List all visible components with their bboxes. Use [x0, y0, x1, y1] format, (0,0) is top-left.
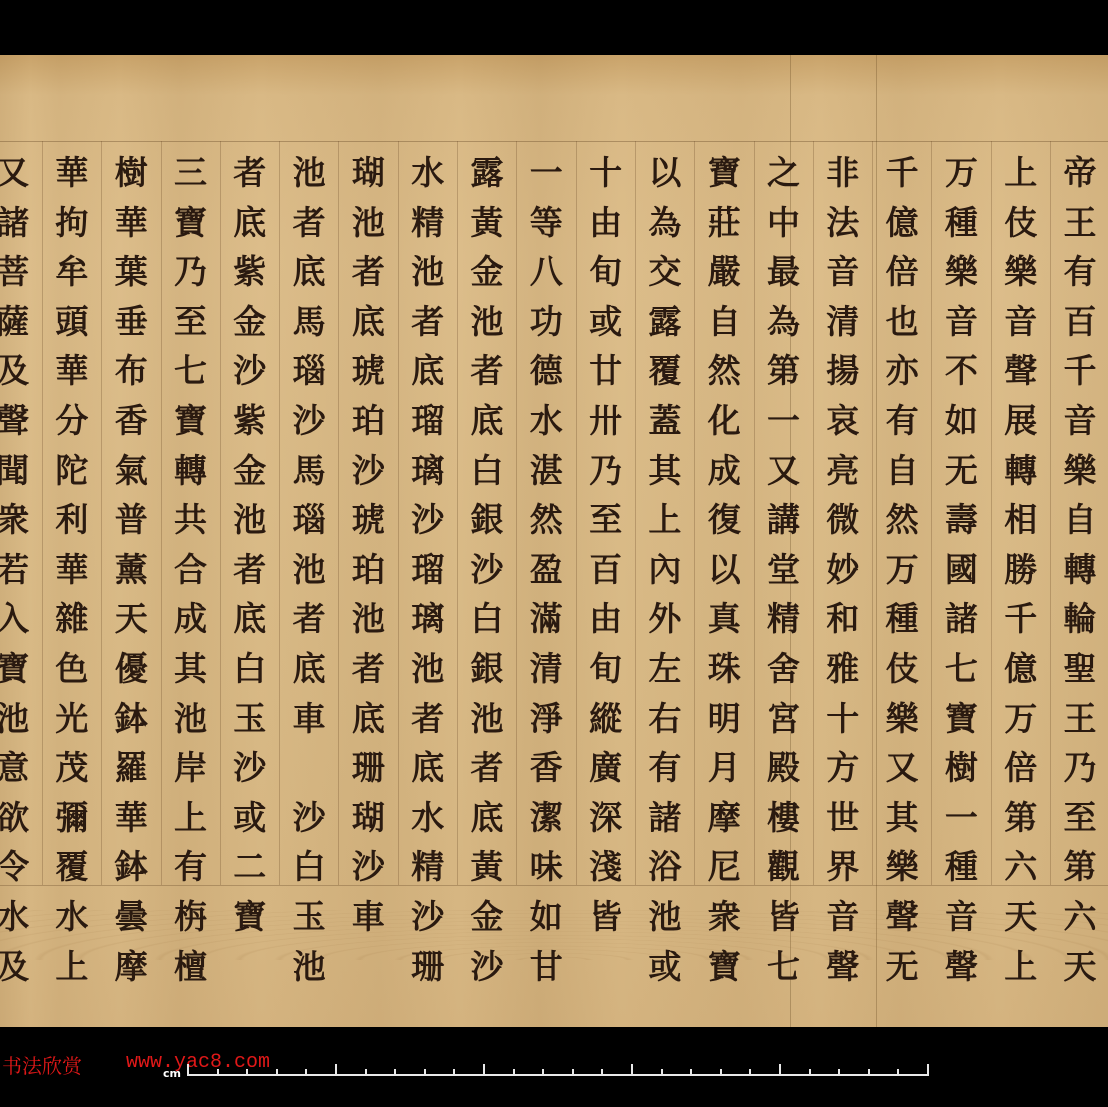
ruler-major-tick	[631, 1064, 633, 1076]
calligraphy-character: 精	[756, 594, 812, 644]
calligraphy-character: 銀	[459, 495, 515, 545]
calligraphy-character: 者	[459, 743, 515, 793]
calligraphy-character: 无	[874, 942, 930, 992]
ruler-minor-tick	[365, 1069, 367, 1076]
calligraphy-character: 七	[933, 644, 989, 694]
calligraphy-character: 池	[400, 644, 456, 694]
calligraphy-character: 非	[815, 148, 871, 198]
calligraphy-character: 或	[222, 793, 278, 843]
calligraphy-character: 曇	[103, 892, 159, 942]
calligraphy-character: 珠	[696, 644, 752, 694]
calligraphy-character: 有	[637, 743, 693, 793]
calligraphy-character: 香	[518, 743, 574, 793]
watermark-site-name: 书法欣赏	[2, 1050, 82, 1079]
ruler-minor-tick	[720, 1069, 722, 1076]
calligraphy-character: 者	[222, 545, 278, 595]
calligraphy-character: 又	[756, 446, 812, 496]
calligraphy-character: 第	[1052, 842, 1108, 892]
calligraphy-character: 有	[874, 396, 930, 446]
calligraphy-character: 化	[696, 396, 752, 446]
calligraphy-character: 講	[756, 495, 812, 545]
calligraphy-character: 底	[459, 793, 515, 843]
calligraphy-character: 者	[459, 346, 515, 396]
ruler-minor-tick	[897, 1069, 899, 1076]
calligraphy-character: 六	[1052, 892, 1108, 942]
calligraphy-character: 亮	[815, 446, 871, 496]
calligraphy-character: 璃	[400, 446, 456, 496]
calligraphy-character: 底	[281, 644, 337, 694]
column-rule-line	[457, 141, 458, 885]
calligraphy-character: 天	[1052, 942, 1108, 992]
calligraphy-character: 瑠	[400, 396, 456, 446]
calligraphy-character: 方	[815, 743, 871, 793]
calligraphy-character: 一	[756, 396, 812, 446]
calligraphy-character: 壽	[933, 495, 989, 545]
calligraphy-character: 之	[756, 148, 812, 198]
ruler-minor-tick	[572, 1069, 574, 1076]
calligraphy-character: 又	[874, 743, 930, 793]
calligraphy-character: 左	[637, 644, 693, 694]
calligraphy-character: 深	[578, 793, 634, 843]
calligraphy-character: 也	[874, 297, 930, 347]
calligraphy-character: 寶	[163, 396, 219, 446]
calligraphy-character: 一	[933, 793, 989, 843]
calligraphy-character: 百	[578, 545, 634, 595]
column-rule-line	[754, 141, 755, 885]
calligraphy-character: 乃	[578, 446, 634, 496]
calligraphy-character: 淨	[518, 694, 574, 744]
calligraphy-character: 衆	[696, 892, 752, 942]
calligraphy-character: 莊	[696, 198, 752, 248]
calligraphy-character: 寶	[163, 198, 219, 248]
column-rule-line	[42, 141, 43, 885]
column-rule-line	[338, 141, 339, 885]
calligraphy-character: 氣	[103, 446, 159, 496]
calligraphy-character: 白	[459, 594, 515, 644]
calligraphy-character: 中	[756, 198, 812, 248]
calligraphy-character: 千	[874, 148, 930, 198]
text-column: 水精池者底瑠璃沙瑠璃池者底水精沙珊	[400, 148, 456, 991]
calligraphy-character: 至	[163, 297, 219, 347]
calligraphy-character: 音	[815, 892, 871, 942]
calligraphy-character: 万	[874, 545, 930, 595]
calligraphy-character: 者	[340, 247, 396, 297]
calligraphy-character: 池	[400, 247, 456, 297]
calligraphy-character: 由	[578, 198, 634, 248]
calligraphy-character: 縱	[578, 694, 634, 744]
calligraphy-character: 池	[222, 495, 278, 545]
calligraphy-character: 觀	[756, 842, 812, 892]
text-column: 非法音清揚哀亮微妙和雅十方世界音聲	[815, 148, 871, 991]
calligraphy-character: 或	[578, 297, 634, 347]
column-rule-line	[220, 141, 221, 885]
calligraphy-character: 及	[0, 346, 41, 396]
calligraphy-character: 又	[0, 148, 41, 198]
text-column: 十由旬或廿卅乃至百由旬縱廣深淺皆	[578, 148, 634, 942]
calligraphy-character: 王	[1052, 694, 1108, 744]
calligraphy-character: 月	[696, 743, 752, 793]
calligraphy-character: 華	[103, 198, 159, 248]
calligraphy-character: 蓋	[637, 396, 693, 446]
calligraphy-character: 羅	[103, 743, 159, 793]
calligraphy-character: 一	[518, 148, 574, 198]
calligraphy-character: 琥	[340, 346, 396, 396]
calligraphy-character: 世	[815, 793, 871, 843]
text-column: 樹華葉垂布香氣普薰天優鉢羅華鉢曇摩	[103, 148, 159, 991]
calligraphy-character: 者	[340, 644, 396, 694]
calligraphy-character: 尼	[696, 842, 752, 892]
calligraphy-character: 如	[933, 396, 989, 446]
calligraphy-character: 摩	[103, 942, 159, 992]
calligraphy-character: 種	[874, 594, 930, 644]
ruler-minor-tick	[749, 1069, 751, 1076]
text-column: 千億倍也亦有自然万種伎樂又其樂聲无	[874, 148, 930, 991]
calligraphy-character: 寶	[696, 148, 752, 198]
calligraphy-character: 水	[518, 396, 574, 446]
calligraphy-character: 車	[340, 892, 396, 942]
text-column: 之中最為第一又講堂精舍宮殿樓觀皆七	[756, 148, 812, 991]
calligraphy-character: 馬	[281, 297, 337, 347]
calligraphy-character: 哀	[815, 396, 871, 446]
ruler-minor-tick	[394, 1069, 396, 1076]
calligraphy-character: 瑙	[281, 346, 337, 396]
calligraphy-character: 琥	[340, 495, 396, 545]
ruler-minor-tick	[542, 1069, 544, 1076]
calligraphy-character: 以	[637, 148, 693, 198]
calligraphy-character: 天	[993, 892, 1049, 942]
column-rule-line	[931, 141, 932, 885]
calligraphy-character: 薩	[0, 297, 41, 347]
calligraphy-character: 宮	[756, 694, 812, 744]
calligraphy-character: 頭	[44, 297, 100, 347]
calligraphy-character: 上	[993, 942, 1049, 992]
column-rule-line	[694, 141, 695, 885]
calligraphy-character: 相	[993, 495, 1049, 545]
calligraphy-character: 廣	[578, 743, 634, 793]
calligraphy-character: 露	[637, 297, 693, 347]
calligraphy-character: 樂	[933, 247, 989, 297]
calligraphy-character: 上	[993, 148, 1049, 198]
calligraphy-character: 雅	[815, 644, 871, 694]
calligraphy-character: 者	[281, 594, 337, 644]
calligraphy-character: 銀	[459, 644, 515, 694]
calligraphy-character: 聲	[993, 346, 1049, 396]
calligraphy-character: 帝	[1052, 148, 1108, 198]
column-rule-line	[635, 141, 636, 885]
text-column: 又諸菩薩及聲聞衆若入寶池意欲令水及	[0, 148, 41, 991]
calligraphy-character: 為	[756, 297, 812, 347]
calligraphy-character: 聲	[0, 396, 41, 446]
calligraphy-character: 底	[222, 594, 278, 644]
calligraphy-character: 功	[518, 297, 574, 347]
calligraphy-character: 第	[993, 793, 1049, 843]
calligraphy-character: 水	[44, 892, 100, 942]
text-column: 帝王有百千音樂自轉輪聖王乃至第六天	[1052, 148, 1108, 991]
calligraphy-character: 勝	[993, 545, 1049, 595]
calligraphy-character: 分	[44, 396, 100, 446]
calligraphy-character: 諸	[637, 793, 693, 843]
calligraphy-character: 黃	[459, 842, 515, 892]
column-rule-line	[101, 141, 102, 885]
text-column: 華拘牟頭華分陀利華雜色光茂彌覆水上	[44, 148, 100, 991]
calligraphy-character: 沙	[400, 495, 456, 545]
calligraphy-character: 外	[637, 594, 693, 644]
calligraphy-character: 玉	[222, 694, 278, 744]
calligraphy-character: 天	[103, 594, 159, 644]
calligraphy-character: 千	[993, 594, 1049, 644]
calligraphy-character: 精	[400, 198, 456, 248]
calligraphy-character: 香	[103, 396, 159, 446]
calligraphy-character: 池	[459, 694, 515, 744]
column-rule-line	[1050, 141, 1051, 885]
column-rule-line	[279, 141, 280, 885]
calligraphy-character: 二	[222, 842, 278, 892]
calligraphy-character: 池	[459, 297, 515, 347]
calligraphy-character: 盈	[518, 545, 574, 595]
calligraphy-character: 者	[400, 297, 456, 347]
calligraphy-character: 其	[637, 446, 693, 496]
calligraphy-character: 聲	[933, 942, 989, 992]
ruler-minor-tick	[809, 1069, 811, 1076]
calligraphy-character: 乃	[1052, 743, 1108, 793]
calligraphy-character: 華	[44, 346, 100, 396]
calligraphy-character: 寶	[0, 644, 41, 694]
ruler-minor-tick	[305, 1069, 307, 1076]
calligraphy-character: 白	[281, 842, 337, 892]
calligraphy-character: 樹	[103, 148, 159, 198]
text-column: 万種樂音不如无壽國諸七寶樹一種音聲	[933, 148, 989, 991]
calligraphy-character: 利	[44, 495, 100, 545]
calligraphy-character: 紫	[222, 396, 278, 446]
calligraphy-character: 車	[281, 694, 337, 744]
calligraphy-character: 法	[815, 198, 871, 248]
calligraphy-character: 清	[518, 644, 574, 694]
calligraphy-character: 音	[933, 892, 989, 942]
calligraphy-character: 瑚	[340, 148, 396, 198]
calligraphy-character: 寶	[222, 892, 278, 942]
calligraphy-character: 堂	[756, 545, 812, 595]
calligraphy-character: 沙	[340, 446, 396, 496]
calligraphy-character: 瑚	[340, 793, 396, 843]
calligraphy-character: 无	[933, 446, 989, 496]
calligraphy-character: 珊	[340, 743, 396, 793]
calligraphy-character: 入	[0, 594, 41, 644]
ruler-major-tick	[187, 1064, 189, 1076]
calligraphy-character: 聞	[0, 446, 41, 496]
calligraphy-character: 自	[874, 446, 930, 496]
calligraphy-character: 淺	[578, 842, 634, 892]
calligraphy-character: 沙	[222, 743, 278, 793]
column-rule-line	[991, 141, 992, 885]
ruler-minor-tick	[838, 1069, 840, 1076]
calligraphy-character: 池	[281, 545, 337, 595]
calligraphy-character: 其	[874, 793, 930, 843]
calligraphy-character: 滿	[518, 594, 574, 644]
calligraphy-character: 布	[103, 346, 159, 396]
calligraphy-character: 池	[163, 694, 219, 744]
calligraphy-character: 殿	[756, 743, 812, 793]
calligraphy-character: 底	[340, 297, 396, 347]
calligraphy-character: 界	[815, 842, 871, 892]
text-column: 瑚池者底琥珀沙琥珀池者底珊瑚沙車𤦲	[340, 148, 396, 991]
calligraphy-character: 百	[1052, 297, 1108, 347]
calligraphy-character: 鉢	[103, 842, 159, 892]
calligraphy-character: 池	[281, 942, 337, 992]
calligraphy-character: 者	[281, 198, 337, 248]
calligraphy-character: 真	[696, 594, 752, 644]
column-rule-line	[813, 141, 814, 885]
calligraphy-character: 珀	[340, 545, 396, 595]
calligraphy-character: 紫	[222, 247, 278, 297]
calligraphy-character: 水	[0, 892, 41, 942]
calligraphy-character: 伎	[993, 198, 1049, 248]
calligraphy-character: 乃	[163, 247, 219, 297]
calligraphy-character: 味	[518, 842, 574, 892]
calligraphy-character: 聖	[1052, 644, 1108, 694]
calligraphy-character: 彌	[44, 793, 100, 843]
ruler-minor-tick	[276, 1069, 278, 1076]
calligraphy-character: 樓	[756, 793, 812, 843]
column-rule-line	[576, 141, 577, 885]
calligraphy-character: 珀	[340, 396, 396, 446]
calligraphy-character: 華	[103, 793, 159, 843]
calligraphy-character: 意	[0, 743, 41, 793]
calligraphy-character: 音	[933, 297, 989, 347]
calligraphy-character: 轉	[163, 446, 219, 496]
calligraphy-character: 樂	[1052, 446, 1108, 496]
calligraphy-character: 皆	[756, 892, 812, 942]
calligraphy-character: 金	[222, 297, 278, 347]
calligraphy-character: 水	[400, 148, 456, 198]
calligraphy-character: 白	[459, 446, 515, 496]
calligraphy-character: 為	[637, 198, 693, 248]
calligraphy-character: 浴	[637, 842, 693, 892]
calligraphy-character: 聲	[874, 892, 930, 942]
calligraphy-character: 菩	[0, 247, 41, 297]
calligraphy-character: 以	[696, 545, 752, 595]
calligraphy-character: 揚	[815, 346, 871, 396]
calligraphy-character: 然	[874, 495, 930, 545]
calligraphy-character: 微	[815, 495, 871, 545]
column-rule-line	[161, 141, 162, 885]
calligraphy-character: 王	[1052, 198, 1108, 248]
calligraphy-character: 成	[163, 594, 219, 644]
calligraphy-character: 種	[933, 842, 989, 892]
calligraphy-character: 聲	[815, 942, 871, 992]
calligraphy-character: 及	[0, 942, 41, 992]
calligraphy-character: 衆	[0, 495, 41, 545]
calligraphy-character: 池	[281, 148, 337, 198]
text-column: 寶莊嚴自然化成復以真珠明月摩尼衆寶	[696, 148, 752, 991]
text-column: 三寶乃至七寶轉共合成其池岸上有栴檀	[163, 148, 219, 991]
ruler-minor-tick	[513, 1069, 515, 1076]
ruler-minor-tick	[246, 1069, 248, 1076]
calligraphy-character: 輪	[1052, 594, 1108, 644]
calligraphy-character: 底	[459, 396, 515, 446]
calligraphy-character: 自	[696, 297, 752, 347]
calligraphy-character: 十	[815, 694, 871, 744]
calligraphy-character: 覆	[44, 842, 100, 892]
calligraphy-character: 覆	[637, 346, 693, 396]
calligraphy-character: 沙	[222, 346, 278, 396]
ruler-major-tick	[779, 1064, 781, 1076]
calligraphy-character: 潔	[518, 793, 574, 843]
text-column: 上伎樂音聲展轉相勝千億万倍第六天上	[993, 148, 1049, 991]
calligraphy-character: 嚴	[696, 247, 752, 297]
calligraphy-character: 德	[518, 346, 574, 396]
calligraphy-character: 廿	[578, 346, 634, 396]
calligraphy-character: 底	[400, 743, 456, 793]
calligraphy-character: 玉	[281, 892, 337, 942]
calligraphy-character: 沙	[281, 793, 337, 843]
calligraphy-character: 池	[340, 198, 396, 248]
calligraphy-character: 檀	[163, 942, 219, 992]
calligraphy-character: 光	[44, 694, 100, 744]
calligraphy-character: 欲	[0, 793, 41, 843]
calligraphy-character: 億	[874, 198, 930, 248]
calligraphy-character: 千	[1052, 346, 1108, 396]
calligraphy-character: 樹	[933, 743, 989, 793]
calligraphy-character: 沙	[281, 396, 337, 446]
calligraphy-character: 樂	[874, 842, 930, 892]
calligraphy-character: 瑙	[281, 495, 337, 545]
calligraphy-character: 甘	[518, 942, 574, 992]
calligraphy-character: 池	[340, 594, 396, 644]
scale-ruler-base	[187, 1074, 927, 1076]
calligraphy-character: 音	[1052, 396, 1108, 446]
calligraphy-character: 葉	[103, 247, 159, 297]
calligraphy-character: 七	[756, 942, 812, 992]
calligraphy-character: 旬	[578, 247, 634, 297]
calligraphy-character: 璃	[400, 594, 456, 644]
calligraphy-character: 沙	[340, 842, 396, 892]
scale-unit-label: cm	[163, 1067, 181, 1080]
calligraphy-character: 轉	[1052, 545, 1108, 595]
calligraphy-character: 有	[163, 842, 219, 892]
calligraphy-character: 亦	[874, 346, 930, 396]
calligraphy-character: 金	[222, 446, 278, 496]
calligraphy-character: 如	[518, 892, 574, 942]
calligraphy-character: 轉	[993, 446, 1049, 496]
calligraphy-character: 妙	[815, 545, 871, 595]
calligraphy-character: 皆	[578, 892, 634, 942]
calligraphy-character: 三	[163, 148, 219, 198]
calligraphy-character: 合	[163, 545, 219, 595]
calligraphy-character: 倍	[993, 743, 1049, 793]
calligraphy-character: 寶	[933, 694, 989, 744]
calligraphy-character: 然	[696, 346, 752, 396]
calligraphy-character: 摩	[696, 793, 752, 843]
calligraphy-character: 栴	[163, 892, 219, 942]
calligraphy-character: 珊	[400, 942, 456, 992]
calligraphy-character: 六	[993, 842, 1049, 892]
calligraphy-character: 國	[933, 545, 989, 595]
calligraphy-character: 其	[163, 644, 219, 694]
calligraphy-character: 茂	[44, 743, 100, 793]
calligraphy-character: 雜	[44, 594, 100, 644]
ruler-major-tick	[335, 1064, 337, 1076]
calligraphy-character: 底	[340, 694, 396, 744]
calligraphy-character: 者	[222, 148, 278, 198]
ruler-minor-tick	[453, 1069, 455, 1076]
calligraphy-character: 令	[0, 842, 41, 892]
calligraphy-character: 然	[518, 495, 574, 545]
calligraphy-character: 者	[400, 694, 456, 744]
calligraphy-character: 垂	[103, 297, 159, 347]
calligraphy-character: 有	[1052, 247, 1108, 297]
text-column: 池者底馬瑙沙馬瑙池者底車𤦲沙白玉池	[281, 148, 337, 991]
text-column: 者底紫金沙紫金池者底白玉沙或二寶	[222, 148, 278, 942]
